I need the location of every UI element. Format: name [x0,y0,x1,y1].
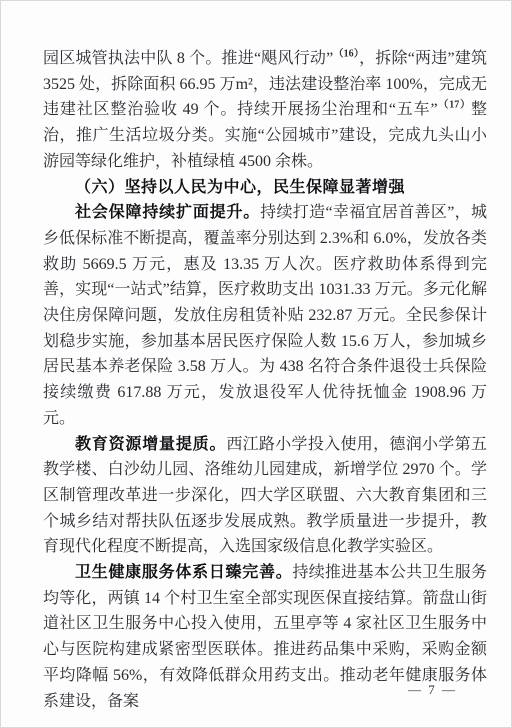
footnote-reference: （17） [438,100,471,111]
para-social-security: 社会保障持续扩面提升。持续打造“幸福宜居首善区”，城乡低保标准不断提高，覆盖率分… [43,200,487,431]
bold-lead-text: （六）坚持以人民为中心，民生保障显著增强 [75,179,405,196]
document-page: 园区城管执法中队 8 个。推进“飓风行动”（16），拆除“两违”建筑 3525 … [0,0,512,728]
body-text: 园区城管执法中队 8 个。推进“飓风行动” [43,50,333,67]
para-education: 教育资源增量提质。西江路小学投入使用，德润小学第五教学楼、白沙幼儿园、洛维幼儿园… [43,432,487,561]
page-number: — 7 — [408,682,457,698]
heading-section-six: （六）坚持以人民为中心，民生保障显著增强 [43,175,487,201]
bold-lead-text: 社会保障持续扩面提升。 [75,204,260,221]
body-text: 西江路小学投入使用，德润小学第五教学楼、白沙幼儿园、洛维幼儿园建成，新增学位 2… [43,436,487,556]
document-body: 园区城管执法中队 8 个。推进“飓风行动”（16），拆除“两违”建筑 3525 … [43,46,487,714]
bold-lead-text: 卫生健康服务体系日臻完善。 [75,564,292,581]
para-urban-management: 园区城管执法中队 8 个。推进“飓风行动”（16），拆除“两违”建筑 3525 … [43,46,487,175]
body-text: 持续打造“幸福宜居首善区”，城乡低保标准不断提高，覆盖率分别达到 2.3%和 6… [43,204,487,427]
bold-lead-text: 教育资源增量提质。 [75,436,226,453]
footnote-reference: （16） [333,49,359,60]
